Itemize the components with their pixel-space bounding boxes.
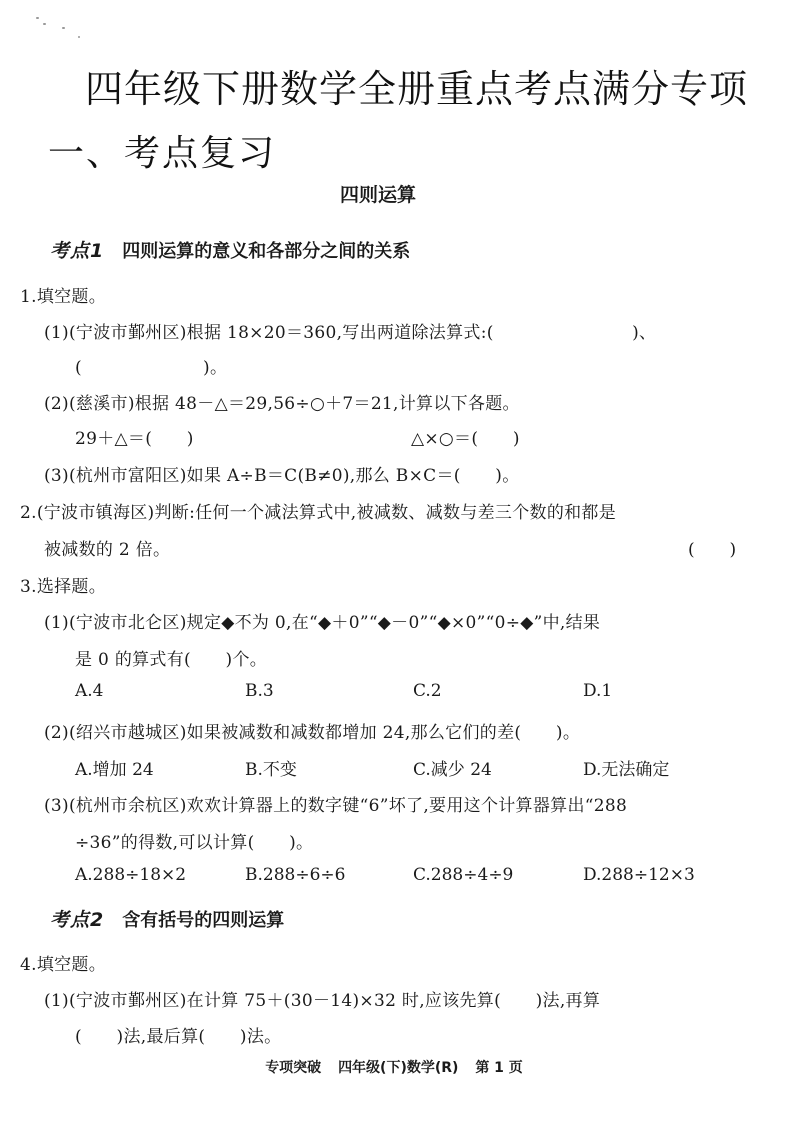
option-d: D.288÷12×3 [583, 865, 695, 885]
scan-speck [62, 27, 65, 29]
question-4-part-1: (1)(宁波市鄞州区)在计算 75＋(30－14)×32 时,应该先算( )法,… [44, 986, 600, 1011]
scan-speck [43, 23, 46, 25]
question-4-heading: 4.填空题。 [20, 950, 106, 975]
scan-speck [36, 17, 39, 19]
footer-series: 专项突破 [265, 1060, 321, 1076]
option-d: D.1 [583, 681, 612, 701]
question-1-heading: 1.填空题。 [20, 282, 106, 307]
question-1-part-2-a: 29＋△＝( ) [75, 424, 194, 449]
question-3-part-1-cont: 是 0 的算式有( )个。 [75, 645, 267, 670]
option-c: C.2 [413, 681, 442, 701]
question-3-part-3-cont: ÷36”的得数,可以计算( )。 [75, 828, 313, 853]
question-4-part-1-cont: ( )法,最后算( )法。 [75, 1022, 281, 1047]
question-1-part-1: (1)(宁波市鄞州区)根据 18×20＝360,写出两道除法算式:( )、 [44, 318, 656, 343]
question-1-part-1-cont: ( )。 [75, 353, 227, 378]
option-b: B.3 [245, 681, 274, 701]
question-3-part-1: (1)(宁波市北仑区)规定◆不为 0,在“◆＋0”“◆－0”“◆×0”“0÷◆”… [44, 608, 600, 633]
option-c: C.减少 24 [413, 755, 492, 780]
question-3-heading: 3.选择题。 [20, 572, 106, 597]
topic-title: 含有括号的四则运算 [122, 910, 284, 931]
footer-book: 四年级(下)数学(R) [338, 1060, 458, 1076]
option-b: B.不变 [245, 755, 297, 780]
option-a: A.288÷18×2 [75, 865, 186, 885]
option-c: C.288÷4÷9 [413, 865, 513, 885]
option-d: D.无法确定 [583, 755, 669, 780]
question-3-part-2: (2)(绍兴市越城区)如果被减数和减数都增加 24,那么它们的差( )。 [44, 718, 580, 743]
option-a: A.增加 24 [75, 755, 154, 780]
question-2: 2.(宁波市镇海区)判断:任何一个减法算式中,被减数、减数与差三个数的和都是 [20, 498, 616, 523]
option-a: A.4 [75, 681, 104, 701]
topic-1-heading: 考点1四则运算的意义和各部分之间的关系 [50, 236, 410, 263]
topic-2-heading: 考点2含有括号的四则运算 [50, 905, 284, 932]
document-title: 四年级下册数学全册重点考点满分专项 [85, 58, 748, 113]
question-3-part-3: (3)(杭州市余杭区)欢欢计算器上的数字键“6”坏了,要用这个计算器算出“288 [44, 791, 627, 816]
section-heading: 一、考点复习 [48, 125, 276, 176]
question-1-part-2-b: △×○＝( ) [411, 424, 520, 449]
question-1-part-3: (3)(杭州市富阳区)如果 A÷B＝C(B≠0),那么 B×C＝( )。 [44, 461, 520, 486]
question-1-part-2: (2)(慈溪市)根据 48－△＝29,56÷○＋7＝21,计算以下各题。 [44, 389, 520, 414]
topic-tag: 考点2 [50, 909, 104, 931]
footer-page-number: 第 1 页 [475, 1060, 523, 1076]
subject-heading: 四则运算 [340, 180, 416, 207]
page-footer: 专项突破 四年级(下)数学(R) 第 1 页 [0, 1057, 788, 1077]
question-2-cont: 被减数的 2 倍。 [44, 535, 170, 560]
topic-tag: 考点1 [50, 240, 104, 262]
topic-title: 四则运算的意义和各部分之间的关系 [122, 241, 410, 262]
option-b: B.288÷6÷6 [245, 865, 345, 885]
scan-speck [78, 36, 80, 38]
question-2-answer-blank: ( ) [688, 535, 736, 560]
